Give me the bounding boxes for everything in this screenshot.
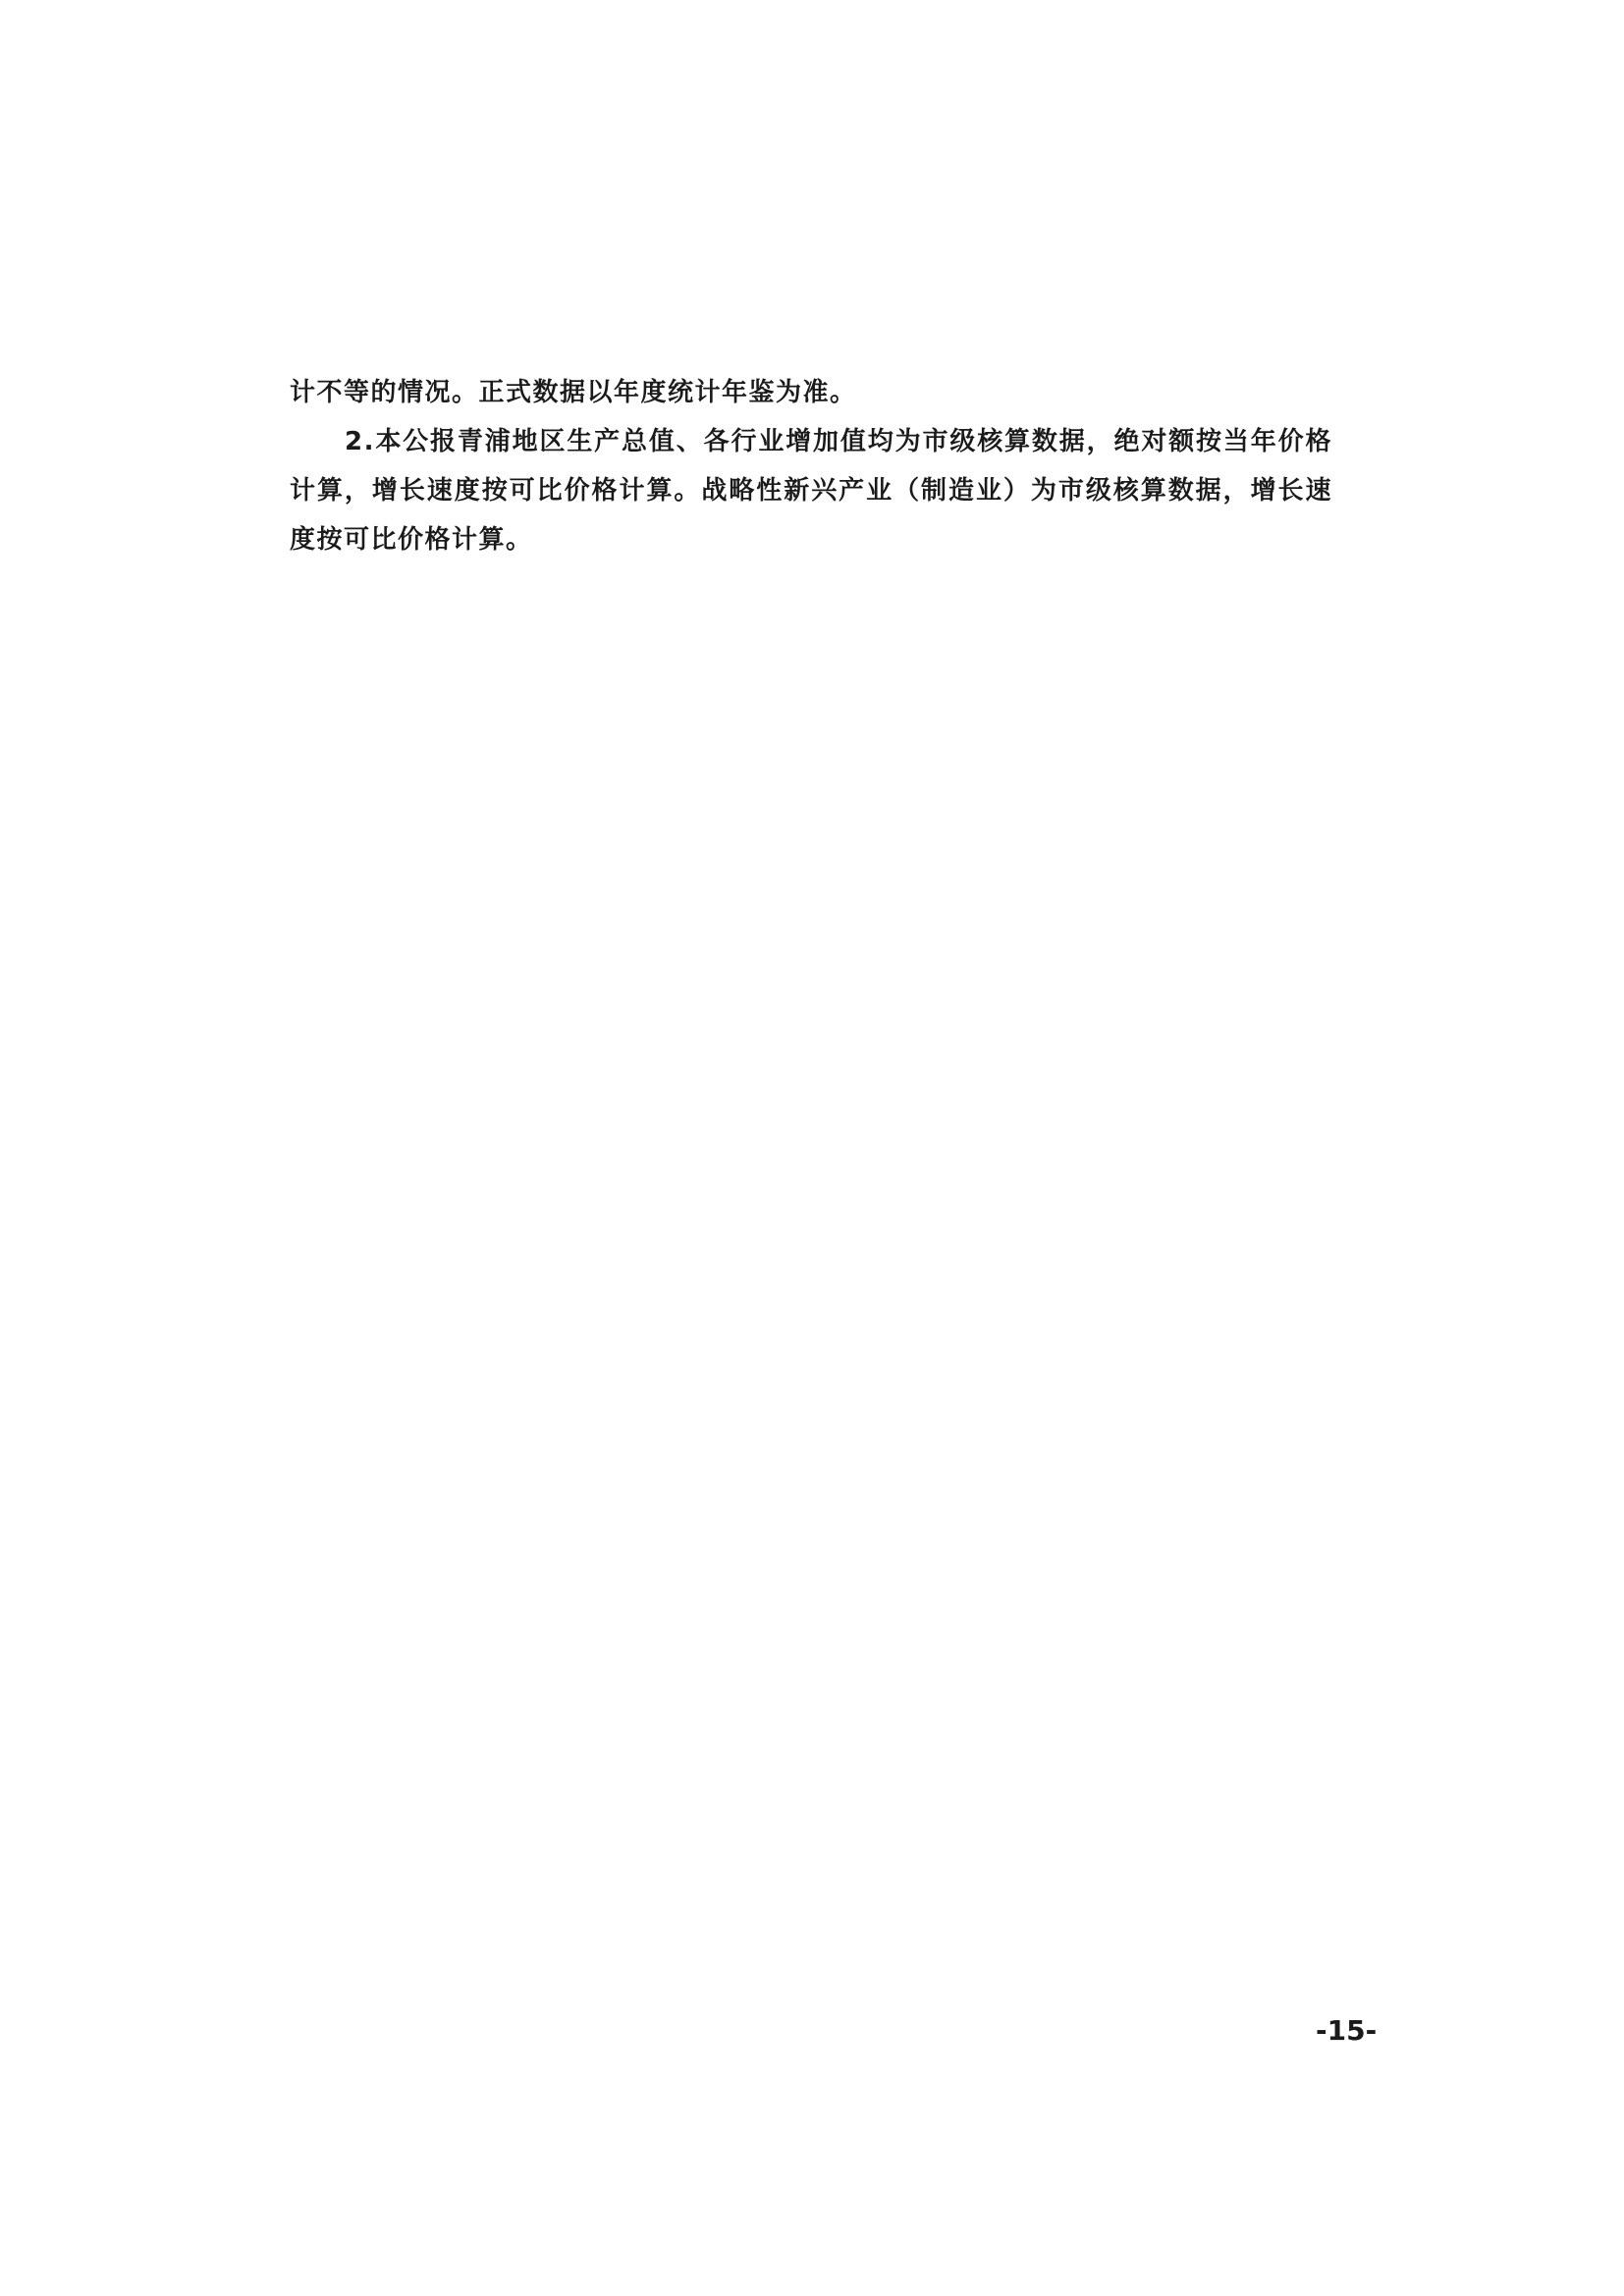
note-continuation-paragraph: 计不等的情况。正式数据以年度统计年鉴为准。	[290, 368, 1332, 417]
notes-text-block: 计不等的情况。正式数据以年度统计年鉴为准。 2.本公报青浦地区生产总值、各行业增…	[290, 368, 1332, 564]
note-2-paragraph: 2.本公报青浦地区生产总值、各行业增加值均为市级核算数据，绝对额按当年价格计算，…	[290, 417, 1332, 564]
page-number: -15-	[1316, 2014, 1377, 2047]
document-page: 计不等的情况。正式数据以年度统计年鉴为准。 2.本公报青浦地区生产总值、各行业增…	[0, 0, 1624, 2296]
